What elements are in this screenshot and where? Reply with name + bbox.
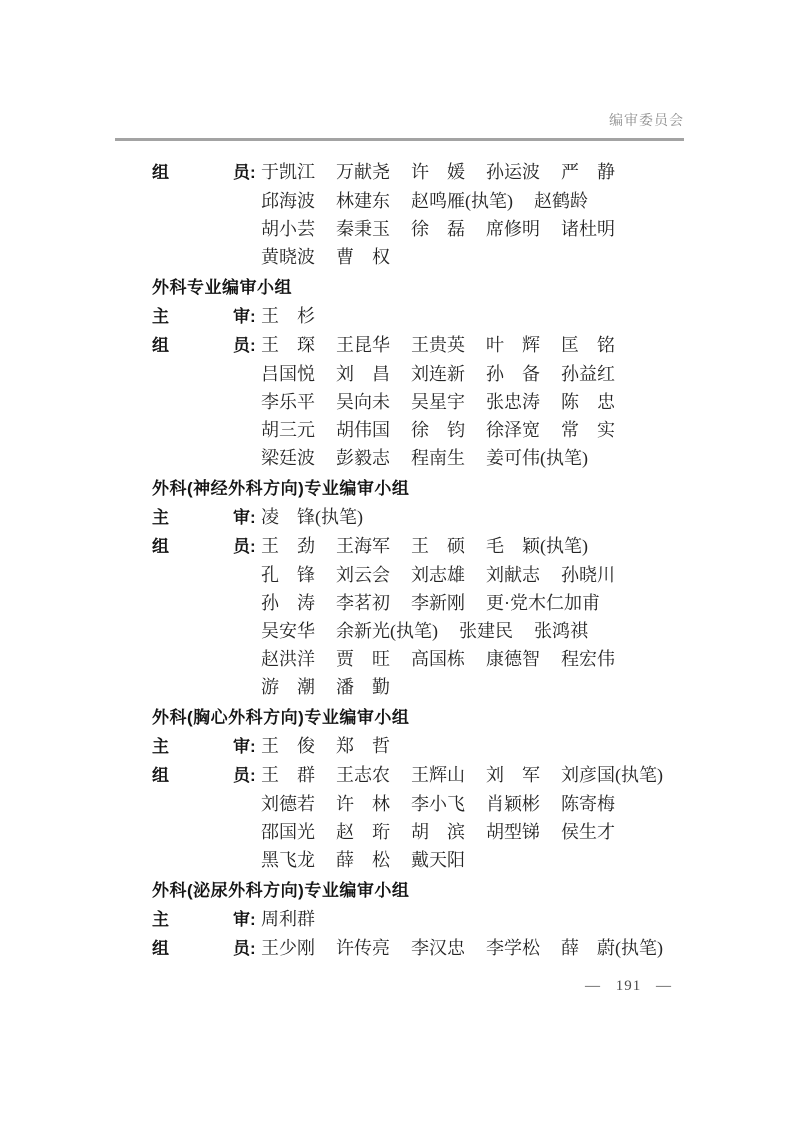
page-header: 编审委员会 [0, 0, 800, 141]
role-label-members: 组员 [152, 159, 250, 187]
member-name: 孙益红 [561, 360, 615, 388]
member-name: 郑 哲 [336, 732, 390, 760]
member-name: 邱海波 [261, 187, 315, 215]
member-name: 吴向未 [336, 388, 390, 416]
member-name: 姜可伟(执笔) [486, 444, 588, 472]
role-label-char: 组 [152, 533, 169, 561]
member-name: 刘云会 [336, 561, 390, 589]
member-name: 匡 铭 [561, 331, 615, 359]
member-name: 赵洪洋 [261, 645, 315, 673]
role-label-char: 审 [233, 733, 250, 761]
member-name: 赵鹤龄 [534, 187, 588, 215]
role-label-char: 主 [152, 906, 169, 934]
role-label-chief-reviewer: 主审 [152, 733, 250, 761]
member-name: 程南生 [411, 444, 465, 472]
member-name: 周利群 [261, 905, 315, 933]
names-row: 邱海波林建东赵鸣雁(执笔)赵鹤龄 [261, 187, 588, 215]
member-name: 黑飞龙 [261, 846, 315, 874]
role-line-members: 组员:王 群王志农王辉山刘 军刘彦国(执笔) [152, 761, 800, 790]
role-label-char: 审 [233, 906, 250, 934]
member-name: 王昆华 [336, 331, 390, 359]
names-row: 邵国光赵 珩胡 滨胡型锑侯生才 [261, 818, 615, 846]
role-label-members: 组员 [152, 935, 250, 963]
running-header-title: 编审委员会 [115, 112, 684, 132]
role-label-colon: : [250, 733, 261, 761]
names-row: 刘德若许 林李小飞肖颖彬陈寄梅 [261, 790, 615, 818]
role-label-char: 员 [233, 762, 250, 790]
member-name: 刘彦国(执笔) [561, 761, 663, 789]
role-label-colon: : [250, 303, 261, 331]
member-name: 王 杉 [261, 302, 315, 330]
role-label-members: 组员 [152, 762, 250, 790]
member-name: 王志农 [336, 761, 390, 789]
member-name: 毛 颖(执笔) [486, 532, 588, 560]
names-row: 黄晓波曹 权 [261, 243, 390, 271]
member-name: 孙 备 [486, 360, 540, 388]
role-label-char: 审 [233, 504, 250, 532]
role-label-colon: : [250, 906, 261, 934]
member-name: 胡 滨 [411, 818, 465, 846]
names-row: 游 潮潘 勤 [261, 673, 390, 701]
member-name: 张忠涛 [486, 388, 540, 416]
member-name: 李新刚 [411, 589, 465, 617]
names-row: 王 琛王昆华王贵英叶 辉匡 铭 [261, 331, 615, 359]
role-label-colon: : [250, 935, 261, 963]
member-name: 张鸿祺 [534, 617, 588, 645]
role-line-members: 组员:王少刚许传亮李汉忠李学松薛 蔚(执笔) [152, 934, 800, 963]
role-line-members: 组员:王 琛王昆华王贵英叶 辉匡 铭 [152, 331, 800, 360]
member-name: 李汉忠 [411, 934, 465, 962]
committee-section: 外科专业编审小组主审:王 杉组员:王 琛王昆华王贵英叶 辉匡 铭吕国悦刘 昌刘连… [152, 274, 800, 472]
role-label-colon: : [250, 504, 261, 532]
role-line-members: 邱海波林建东赵鸣雁(执笔)赵鹤龄 [152, 187, 800, 215]
role-label-chief-reviewer: 主审 [152, 906, 250, 934]
page-number: — 191 — [585, 978, 672, 995]
member-name: 彭毅志 [336, 444, 390, 472]
member-name: 吴星宇 [411, 388, 465, 416]
member-name: 凌 锋(执笔) [261, 503, 363, 531]
names-row: 于凯江万献尧许 媛孙运波严 静 [261, 158, 615, 186]
role-line-members: 李乐平吴向未吴星宇张忠涛陈 忠 [152, 388, 800, 416]
group-heading: 外科(泌尿外科方向)专业编审小组 [152, 877, 800, 905]
member-name: 潘 勤 [336, 673, 390, 701]
role-label-char: 员 [233, 935, 250, 963]
role-line-chief-reviewer: 主审:凌 锋(执笔) [152, 503, 800, 532]
member-name: 许传亮 [336, 934, 390, 962]
role-label-char: 组 [152, 332, 169, 360]
member-name: 康德智 [486, 645, 540, 673]
role-line-members: 黑飞龙薛 松戴天阳 [152, 846, 800, 874]
member-name: 游 潮 [261, 673, 315, 701]
member-name: 王 硕 [411, 532, 465, 560]
member-name: 孙 涛 [261, 589, 315, 617]
member-name: 肖颖彬 [486, 790, 540, 818]
member-name: 赵 珩 [336, 818, 390, 846]
content: 组员:于凯江万献尧许 媛孙运波严 静邱海波林建东赵鸣雁(执笔)赵鹤龄胡小芸秦秉玉… [0, 141, 800, 963]
member-name: 秦秉玉 [336, 215, 390, 243]
group-heading: 外科(神经外科方向)专业编审小组 [152, 475, 800, 503]
role-label-char: 组 [152, 159, 169, 187]
names-row: 王少刚许传亮李汉忠李学松薛 蔚(执笔) [261, 934, 663, 962]
group-heading: 外科专业编审小组 [152, 274, 800, 302]
member-name: 更·党木仁加甫 [486, 589, 600, 617]
member-name: 徐 钧 [411, 416, 465, 444]
names-row: 王 俊郑 哲 [261, 732, 390, 760]
group-heading: 外科(胸心外科方向)专业编审小组 [152, 704, 800, 732]
role-label-char: 主 [152, 504, 169, 532]
member-name: 胡三元 [261, 416, 315, 444]
role-line-chief-reviewer: 主审:王 杉 [152, 302, 800, 331]
member-name: 李学松 [486, 934, 540, 962]
role-line-members: 孔 锋刘云会刘志雄刘献志孙晓川 [152, 561, 800, 589]
role-label-colon: : [250, 533, 261, 561]
committee-section: 外科(神经外科方向)专业编审小组主审:凌 锋(执笔)组员:王 劲王海军王 硕毛 … [152, 475, 800, 701]
role-label-char: 主 [152, 733, 169, 761]
role-line-members: 吴安华余新光(执笔)张建民张鸿祺 [152, 617, 800, 645]
role-line-members: 胡三元胡伟国徐 钧徐泽宽常 实 [152, 416, 800, 444]
member-name: 王 琛 [261, 331, 315, 359]
member-name: 薛 松 [336, 846, 390, 874]
member-name: 贾 旺 [336, 645, 390, 673]
member-name: 诸杜明 [561, 215, 615, 243]
member-name: 席修明 [486, 215, 540, 243]
names-row: 吴安华余新光(执笔)张建民张鸿祺 [261, 617, 588, 645]
role-line-members: 邵国光赵 珩胡 滨胡型锑侯生才 [152, 818, 800, 846]
member-name: 邵国光 [261, 818, 315, 846]
member-name: 王海军 [336, 532, 390, 560]
member-name: 梁廷波 [261, 444, 315, 472]
member-name: 胡型锑 [486, 818, 540, 846]
member-name: 吴安华 [261, 617, 315, 645]
member-name: 严 静 [561, 158, 615, 186]
member-name: 程宏伟 [561, 645, 615, 673]
role-label-char: 审 [233, 303, 250, 331]
member-name: 徐泽宽 [486, 416, 540, 444]
member-name: 万献尧 [336, 158, 390, 186]
member-name: 孙晓川 [561, 561, 615, 589]
role-line-chief-reviewer: 主审:王 俊郑 哲 [152, 732, 800, 761]
role-line-members: 刘德若许 林李小飞肖颖彬陈寄梅 [152, 790, 800, 818]
names-row: 凌 锋(执笔) [261, 503, 363, 531]
names-row: 胡小芸秦秉玉徐 磊席修明诸杜明 [261, 215, 615, 243]
committee-section: 组员:于凯江万献尧许 媛孙运波严 静邱海波林建东赵鸣雁(执笔)赵鹤龄胡小芸秦秉玉… [152, 158, 800, 271]
names-row: 孔 锋刘云会刘志雄刘献志孙晓川 [261, 561, 615, 589]
names-row: 王 劲王海军王 硕毛 颖(执笔) [261, 532, 588, 560]
role-line-members: 胡小芸秦秉玉徐 磊席修明诸杜明 [152, 215, 800, 243]
member-name: 孔 锋 [261, 561, 315, 589]
member-name: 陈寄梅 [561, 790, 615, 818]
member-name: 吕国悦 [261, 360, 315, 388]
member-name: 李小飞 [411, 790, 465, 818]
names-row: 李乐平吴向未吴星宇张忠涛陈 忠 [261, 388, 615, 416]
role-line-chief-reviewer: 主审:周利群 [152, 905, 800, 934]
role-label-char: 组 [152, 935, 169, 963]
member-name: 刘献志 [486, 561, 540, 589]
names-row: 赵洪洋贾 旺高国栋康德智程宏伟 [261, 645, 615, 673]
member-name: 余新光(执笔) [336, 617, 438, 645]
role-label-chief-reviewer: 主审 [152, 504, 250, 532]
role-label-colon: : [250, 332, 261, 360]
member-name: 常 实 [561, 416, 615, 444]
member-name: 于凯江 [261, 158, 315, 186]
member-name: 刘德若 [261, 790, 315, 818]
role-label-char: 员 [233, 533, 250, 561]
role-label-char: 员 [233, 159, 250, 187]
member-name: 王少刚 [261, 934, 315, 962]
role-line-members: 梁廷波彭毅志程南生姜可伟(执笔) [152, 444, 800, 472]
member-name: 黄晓波 [261, 243, 315, 271]
role-label-char: 主 [152, 303, 169, 331]
names-row: 吕国悦刘 昌刘连新孙 备孙益红 [261, 360, 615, 388]
role-line-members: 孙 涛李茗初李新刚更·党木仁加甫 [152, 589, 800, 617]
role-label-chief-reviewer: 主审 [152, 303, 250, 331]
names-row: 孙 涛李茗初李新刚更·党木仁加甫 [261, 589, 600, 617]
member-name: 赵鸣雁(执笔) [411, 187, 513, 215]
role-label-colon: : [250, 762, 261, 790]
member-name: 戴天阳 [411, 846, 465, 874]
names-row: 胡三元胡伟国徐 钧徐泽宽常 实 [261, 416, 615, 444]
member-name: 侯生才 [561, 818, 615, 846]
role-label-char: 组 [152, 762, 169, 790]
role-line-members: 组员:王 劲王海军王 硕毛 颖(执笔) [152, 532, 800, 561]
member-name: 王辉山 [411, 761, 465, 789]
role-line-members: 游 潮潘 勤 [152, 673, 800, 701]
role-line-members: 吕国悦刘 昌刘连新孙 备孙益红 [152, 360, 800, 388]
member-name: 胡伟国 [336, 416, 390, 444]
role-line-members: 赵洪洋贾 旺高国栋康德智程宏伟 [152, 645, 800, 673]
member-name: 王 群 [261, 761, 315, 789]
names-row: 周利群 [261, 905, 315, 933]
role-label-members: 组员 [152, 533, 250, 561]
member-name: 刘志雄 [411, 561, 465, 589]
committee-section: 外科(胸心外科方向)专业编审小组主审:王 俊郑 哲组员:王 群王志农王辉山刘 军… [152, 704, 800, 874]
names-row: 王 群王志农王辉山刘 军刘彦国(执笔) [261, 761, 663, 789]
role-label-char: 员 [233, 332, 250, 360]
role-label-members: 组员 [152, 332, 250, 360]
member-name: 刘连新 [411, 360, 465, 388]
member-name: 叶 辉 [486, 331, 540, 359]
member-name: 李乐平 [261, 388, 315, 416]
member-name: 徐 磊 [411, 215, 465, 243]
member-name: 李茗初 [336, 589, 390, 617]
committee-section: 外科(泌尿外科方向)专业编审小组主审:周利群组员:王少刚许传亮李汉忠李学松薛 蔚… [152, 877, 800, 963]
member-name: 许 媛 [411, 158, 465, 186]
member-name: 高国栋 [411, 645, 465, 673]
document-page: 编审委员会 组员:于凯江万献尧许 媛孙运波严 静邱海波林建东赵鸣雁(执笔)赵鹤龄… [0, 0, 800, 1131]
member-name: 曹 权 [336, 243, 390, 271]
member-name: 孙运波 [486, 158, 540, 186]
member-name: 林建东 [336, 187, 390, 215]
names-row: 梁廷波彭毅志程南生姜可伟(执笔) [261, 444, 588, 472]
role-line-members: 组员:于凯江万献尧许 媛孙运波严 静 [152, 158, 800, 187]
role-line-members: 黄晓波曹 权 [152, 243, 800, 271]
role-label-colon: : [250, 159, 261, 187]
member-name: 许 林 [336, 790, 390, 818]
member-name: 王 劲 [261, 532, 315, 560]
member-name: 刘 昌 [336, 360, 390, 388]
member-name: 王贵英 [411, 331, 465, 359]
member-name: 陈 忠 [561, 388, 615, 416]
member-name: 王 俊 [261, 732, 315, 760]
member-name: 张建民 [459, 617, 513, 645]
member-name: 胡小芸 [261, 215, 315, 243]
names-row: 黑飞龙薛 松戴天阳 [261, 846, 465, 874]
member-name: 刘 军 [486, 761, 540, 789]
member-name: 薛 蔚(执笔) [561, 934, 663, 962]
names-row: 王 杉 [261, 302, 315, 330]
